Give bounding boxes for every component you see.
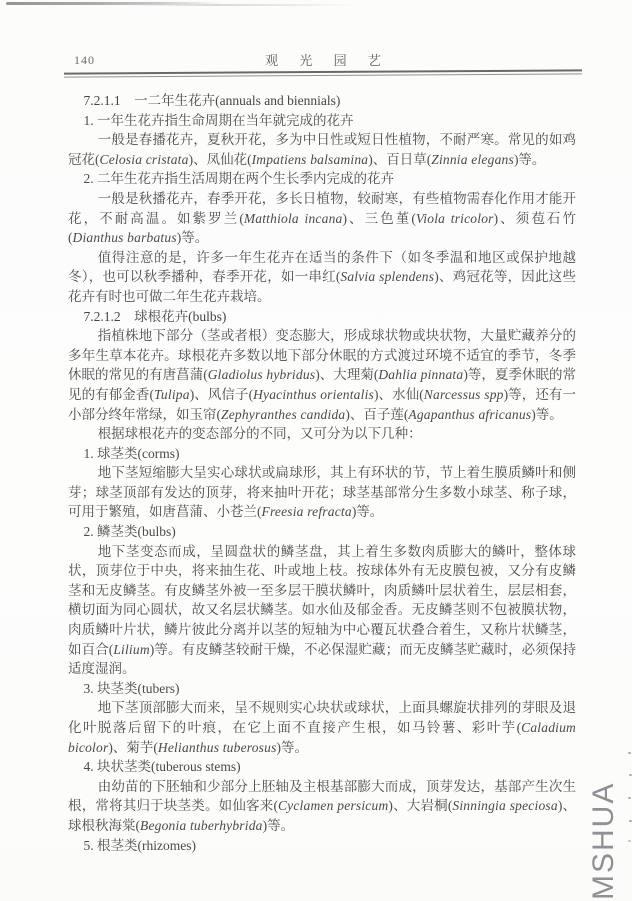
body-paragraph: 一般是春播花卉，夏秋开花，多为中日性或短日性植物，不耐严寒。常见的如鸡冠花(Ce…: [68, 130, 576, 169]
latin-species-name: Narcessus spp: [424, 387, 504, 402]
latin-species-name: Tulipa: [154, 387, 190, 402]
text-run: )等。: [531, 407, 563, 422]
latin-species-name: Dahlia pinnata: [378, 367, 463, 382]
body-paragraph: 地下茎顶部膨大而来，呈不规则实心块状或球状，上面具螺旋状排列的芽眼及退化叶脱落后…: [68, 698, 576, 757]
latin-species-name: Gladiolus hybridus: [208, 367, 316, 382]
text-run: )、风信子(: [190, 387, 253, 402]
latin-species-name: Dianthus barbatus: [73, 230, 177, 245]
body-paragraph: 地下茎短缩膨大呈实心球状或扁球形，其上有环状的节，节上着生膜质鳞叶和侧芽；球茎顶…: [68, 463, 576, 522]
body-paragraph: 一般是秋播花卉，春季开花，多长日植物，较耐寒，有些植物需春化作用才能开花，不耐高…: [68, 189, 576, 248]
text-run: )等。: [514, 152, 546, 167]
text-run: )等。: [277, 740, 309, 755]
page-header: 140 观 光 园 艺: [66, 50, 580, 70]
latin-species-name: Viola tricolor: [416, 211, 494, 226]
scan-speckle: [628, 840, 631, 842]
header-double-rule: [64, 69, 582, 77]
text-run: )、大岩桐(: [388, 798, 452, 813]
text-run: )、百日草(: [368, 152, 431, 167]
text-run: )等。: [352, 504, 384, 519]
category-item-heading: 2. 二年生花卉指生活周期在两个生长季内完成的花卉: [68, 169, 576, 189]
text-run: 1. 球茎类(corms): [84, 446, 180, 461]
category-item-heading: 4. 块状茎类(tuberous stems): [68, 757, 576, 777]
body-paragraph: 指植株地下部分（茎或者根）变态膨大，形成球状物或块状物，大量贮藏养分的多年生草本…: [68, 326, 576, 424]
latin-species-name: Hyacinthus orientalis: [253, 387, 374, 402]
text-run: 2. 二年生花卉指生活周期在两个生长季内完成的花卉: [84, 171, 395, 186]
text-run: 地下茎变态而成，呈圆盘状的鳞茎盘，其上着生多数肉质膨大的鳞叶，整体球状，顶芽位于…: [68, 544, 576, 657]
text-run: 根据球根花卉的变态部分的不同，又可分为以下几种：: [98, 426, 422, 441]
latin-species-name: Zephyranthes candida: [221, 407, 345, 422]
scan-speckle: [628, 752, 631, 754]
latin-species-name: Cyclamen persicum: [278, 798, 388, 813]
text-run: 地下茎顶部膨大而来，呈不规则实心块状或球状，上面具螺旋状排列的芽眼及退化叶脱落后…: [68, 700, 576, 735]
text-run: 4. 块状茎类(tuberous stems): [84, 759, 241, 774]
text-run: 2. 鳞茎类(bulbs): [84, 524, 176, 539]
text-run: 1. 一年生花卉指生命周期在当年就完成的花卉: [84, 113, 354, 128]
latin-species-name: Sinningia speciosa: [452, 798, 557, 813]
category-item-heading: 3. 块茎类(tubers): [68, 679, 576, 699]
body-paragraph: 地下茎变态而成，呈圆盘状的鳞茎盘，其上着生多数肉质膨大的鳞叶，整体球状，顶芽位于…: [68, 542, 576, 679]
text-run: )、水仙(: [374, 387, 424, 402]
latin-species-name: Helianthus tuberosus: [158, 740, 277, 755]
body-paragraph: 值得注意的是，许多一年生花卉在适当的条件下（如冬季温和地区或保护地越冬），也可以…: [68, 248, 576, 307]
category-item-heading: 5. 根茎类(rhizomes): [68, 836, 576, 856]
scan-edge-artifact: [120, 4, 360, 6]
section-heading: 7.2.1.2 球根花卉(bulbs): [68, 307, 576, 327]
text-run: )、三色堇(: [342, 211, 415, 226]
latin-species-name: Agapanthus africanus: [408, 407, 531, 422]
section-heading: 7.2.1.1 一二年生花卉(annuals and biennials): [68, 91, 576, 111]
latin-species-name: Impatiens balsamina: [252, 152, 369, 167]
text-run: )、凤仙花(: [189, 152, 252, 167]
latin-species-name: Salvia splendens: [340, 269, 434, 284]
text-run: )、菊芋(: [108, 740, 158, 755]
latin-species-name: Lilium: [113, 642, 149, 657]
text-run: )等。: [177, 230, 209, 245]
body-paragraph: 由幼苗的下胚轴和少部分上胚轴及主根基部膨大而成，顶芽发达，基部产生次生根，常将其…: [68, 777, 576, 836]
text-run: 5. 根茎类(rhizomes): [84, 838, 196, 853]
text-run: )、大理菊(: [315, 367, 378, 382]
text-run: )等。: [263, 818, 295, 833]
category-item-heading: 1. 一年生花卉指生命周期在当年就完成的花卉: [68, 111, 576, 131]
body-text: 7.2.1.1 一二年生花卉(annuals and biennials)1. …: [68, 91, 576, 855]
text-run: 7.2.1.2 球根花卉(bulbs): [84, 309, 227, 324]
text-run: 7.2.1.1 一二年生花卉(annuals and biennials): [84, 93, 341, 108]
watermark-text: MSHUA: [587, 780, 627, 900]
category-item-heading: 1. 球茎类(corms): [68, 444, 576, 464]
latin-species-name: Matthiola incana: [244, 211, 343, 226]
text-run: 3. 块茎类(tubers): [84, 681, 180, 696]
latin-species-name: Zinnia elegans: [431, 152, 514, 167]
latin-species-name: Freesia refracta: [262, 504, 352, 519]
scanned-book-page: 140 观 光 园 艺 7.2.1.1 一二年生花卉(annuals and b…: [0, 0, 632, 901]
category-item-heading: 2. 鳞茎类(bulbs): [68, 522, 576, 542]
scan-speckle: [628, 797, 631, 799]
body-paragraph: 根据球根花卉的变态部分的不同，又可分为以下几种：: [68, 424, 576, 444]
running-head-title: 观 光 园 艺: [66, 50, 580, 69]
latin-species-name: Begonia tuberhybrida: [140, 818, 263, 833]
text-run: )、百子莲(: [345, 407, 408, 422]
latin-species-name: Celosia cristata: [100, 152, 189, 167]
